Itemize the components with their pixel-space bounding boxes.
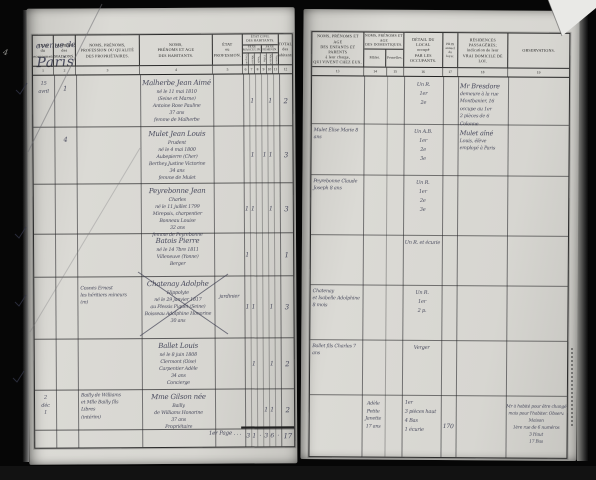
local-detail-cell: Verger (402, 340, 441, 395)
register-right-page: NOMS, PRÉNOMS ET AGE DES ENFANTS ET PARE… (300, 9, 579, 461)
civil-mark: 1 (249, 151, 255, 158)
table-row: 2 déc 1 Bailly de Williams et Mlle Baill… (35, 388, 294, 431)
colnum-15: 15 (387, 68, 404, 76)
header-etat-profession: ÉTAT ou PROFESSION. (213, 35, 243, 65)
civil-mark: 1 (249, 97, 255, 104)
proprietor-cell: Cosnes Ernest les héritiers mineurs (m) (77, 276, 141, 338)
colnum-14: 14 (364, 67, 387, 75)
row-total: 3 (280, 205, 293, 213)
enfants-cell: Mulet Élise Marie 8 ans (313, 123, 363, 174)
observations-cell: Mr à habité pour être changé mais pour l… (505, 395, 566, 457)
row-total: 2 (279, 97, 292, 105)
colnum-4: 4 (140, 66, 213, 74)
colnum-5: 5 (213, 66, 243, 74)
local-detail-cell: Un R. 1er 2e (404, 77, 443, 124)
census-day-cell: 15 avril (33, 76, 54, 127)
profession-cell: jardinier (214, 275, 244, 337)
header-domestiques-group: NOMS, PRÉNOMS ET AGE DES DOMESTIQUES. Mâ… (364, 32, 404, 66)
sexe-feminin-label: SEXE FÉMININ. (262, 45, 278, 52)
scan-bottom-band (0, 466, 596, 480)
header-numero: NUMÉRO des MAISONS. (54, 36, 76, 66)
header-prix-loyer: PRIX annuel du loyer. (443, 33, 458, 67)
col-veuves: Veuves (273, 53, 278, 64)
civil-mark: 1 (269, 360, 275, 367)
civil-mark: 1 (251, 360, 257, 367)
col-males: Mâles. (364, 49, 387, 66)
census-table-right: NOMS, PRÉNOMS ET AGE DES ENFANTS ET PARE… (308, 31, 570, 459)
table-row: Cosnes Ernest les héritiers mineurs (m) … (34, 275, 293, 340)
local-detail-cell: Un R. 1er 2 p. (402, 285, 441, 340)
table-row: Chatenay et Isabelle Adolphine 8 mois Un… (310, 284, 567, 342)
civil-mark: 1 (267, 151, 273, 158)
colnum-2: 2 (54, 67, 76, 75)
row-total: 1 (280, 252, 293, 260)
table-row: Peyrebonne Jean Charles né le 11 juillet… (34, 182, 293, 235)
enfants-cell: Ballet fils Charles 7 ans (312, 339, 362, 394)
table-row: Peyrebonne Claude Joseph 8 ans Un R. 1er… (311, 174, 568, 237)
colnum-13: 13 (312, 67, 364, 75)
residences-cell: Mulet aîné Louis, élève employé à Paris (457, 124, 507, 175)
colnum-17: 17 (443, 68, 458, 76)
inhabitants-cell: Mme Gilson née Bailly de Williams Honori… (142, 389, 215, 429)
inhabitants-cell: Mulet Jean Louis Prudent né le 4 mai 180… (140, 126, 213, 183)
header-residences: RÉSIDENCES PASSAGÈRES; indication de leu… (458, 33, 508, 67)
table-row: Ballet fils Charles 7 ans Verger (310, 339, 567, 397)
civil-mark: 1 (250, 205, 256, 212)
header-enfants: NOMS, PRÉNOMS ET AGE DES ENFANTS ET PARE… (312, 32, 364, 66)
civil-mark: 1 (250, 303, 256, 310)
table-header-right: NOMS, PRÉNOMS ET AGE DES ENFANTS ET PARE… (312, 32, 569, 68)
table-row: Mulet Élise Marie 8 ans Un A.B. 1er 2e 3… (311, 123, 568, 177)
table-row: Un R. 1er 2e Mr Bresdore demeure à la ru… (312, 76, 569, 126)
table-body-left: 15 avril 1 Malherbe Jean Aimé né le 11 m… (33, 74, 294, 448)
page-total: 17 (281, 432, 294, 440)
table-header-left: JOUR du Recensement. NUMÉRO des MAISONS.… (33, 34, 292, 66)
census-table-left: JOUR du Recensement. NUMÉRO des MAISONS.… (32, 33, 296, 449)
col-femelles: Femelles. (387, 50, 404, 67)
civil-mark: 1 (244, 252, 250, 259)
row-total: 2 (281, 360, 294, 368)
table-row: 4 Mulet Jean Louis Prudent né le 4 mai 1… (33, 125, 292, 185)
colnum-3: 3 (76, 66, 140, 74)
domestiques-subcolumns: Mâles. Femelles. (364, 49, 403, 66)
sexe-masculin-label: SEXE MASCULIN. (243, 45, 262, 52)
enfants-cell: Chatenay et Isabelle Adolphine 8 mois (312, 284, 362, 339)
local-detail-cell: Un R. 1er 2e 3e (403, 175, 442, 235)
table-body-right: Un R. 1er 2e Mr Bresdore demeure à la ru… (309, 76, 569, 458)
inhabitants-cell: Peyrebonne Jean Charles né le 11 juillet… (141, 183, 214, 233)
local-detail-cell: Un R. et écurie (403, 235, 442, 285)
civil-mark: 1 (268, 303, 274, 310)
margin-folio-number: 4 (2, 48, 8, 58)
colnum-18: 18 (458, 68, 508, 76)
header-total: TOTAL des habitants. (279, 34, 292, 64)
totals-row: 1er Page . . . 3 1 · 3 6 · 17 (35, 428, 294, 448)
inhabitants-cell: Ballet Louis né le 8 juin 1808 Clermont … (142, 338, 215, 389)
totals-label: 1er Page . . . (163, 431, 241, 437)
servants-males-cell: Adèle Petite Janette 17 ans (361, 394, 384, 456)
header-etat-civil-group: ÉTAT CIVIL DES HABITANTS. SEXE MASCULIN.… (243, 34, 279, 64)
domestiques-group-label: NOMS, PRÉNOMS ET AGE DES DOMESTIQUES. (364, 32, 403, 49)
census-day-cell: 2 déc 1 (35, 390, 56, 430)
colnum-1: 1 (33, 67, 54, 75)
row-total: 3 (279, 151, 292, 159)
table-row: Un R. et écurie (311, 234, 568, 287)
scanned-census-register: 4 avenue de Paris JOUR du Recensement. N… (0, 0, 596, 480)
civil-mark: 1 (268, 205, 274, 212)
civil-mark: 1 (267, 97, 273, 104)
colnum-12: 12 (279, 65, 292, 73)
local-detail-cell: 1er 3 pièces haut 4 Bas 1 écurie (401, 395, 440, 457)
register-left-page: avenue de Paris JOUR du Recensement. NUM… (27, 7, 298, 465)
house-number-cell: 4 (54, 127, 76, 184)
local-detail-cell: Un A.B. 1er 2e 3e (403, 124, 442, 175)
civil-mark: 1 (269, 406, 275, 413)
etat-civil-subcolumns: Garçons Mariés Veufs Filles Mariées Veuv… (243, 53, 278, 64)
etat-civil-sex-row: SEXE MASCULIN. SEXE FÉMININ. (243, 45, 278, 53)
inhabitants-cell: Batois Pierre né le 14 7bre 1811 Villene… (141, 233, 214, 276)
row-total: 3 (280, 303, 293, 311)
table-row: Batois Pierre né le 14 7bre 1811 Villene… (34, 232, 293, 278)
header-proprietaires: NOMS, PRÉNOMS, PROFESSION OU QUALITÉ DES… (76, 35, 140, 65)
header-observations: OBSERVATIONS. (508, 33, 569, 67)
header-habitants: NOMS, PRÉNOMS ET AGE DES HABITANTS. (140, 35, 213, 65)
residences-cell: Mr Bresdore demeure à la rue Montbanier,… (458, 77, 508, 124)
proprietor-cell: Bailly de Williams et Mlle Bailly fils L… (78, 389, 142, 429)
inhabitants-cell: Malherbe Jean Aimé né le 11 mai 1810 (Se… (140, 75, 213, 126)
header-jour: JOUR du Recensement. (33, 36, 54, 66)
inhabitants-cell: Chatenay Adolphe Hippolyte né le 29 janv… (141, 276, 214, 338)
house-number-cell: 1 (54, 76, 76, 127)
row-total: 2 (281, 406, 294, 414)
enfants-cell: Peyrebonne Claude Joseph 8 ans (313, 174, 363, 234)
colnum-16: 16 (404, 68, 443, 76)
table-row: Adèle Petite Janette 17 ans 1er 3 pièces… (309, 394, 566, 458)
colnum-19: 19 (508, 68, 569, 76)
rent-price-cell: 170 (440, 395, 455, 457)
table-row: Ballet Louis né le 8 juin 1808 Clermont … (35, 337, 294, 391)
table-row: 15 avril 1 Malherbe Jean Aimé né le 11 m… (33, 74, 292, 128)
header-detail-local: DÉTAIL DU LOCAL occupé PAR LES OCCUPANTS… (404, 33, 443, 67)
